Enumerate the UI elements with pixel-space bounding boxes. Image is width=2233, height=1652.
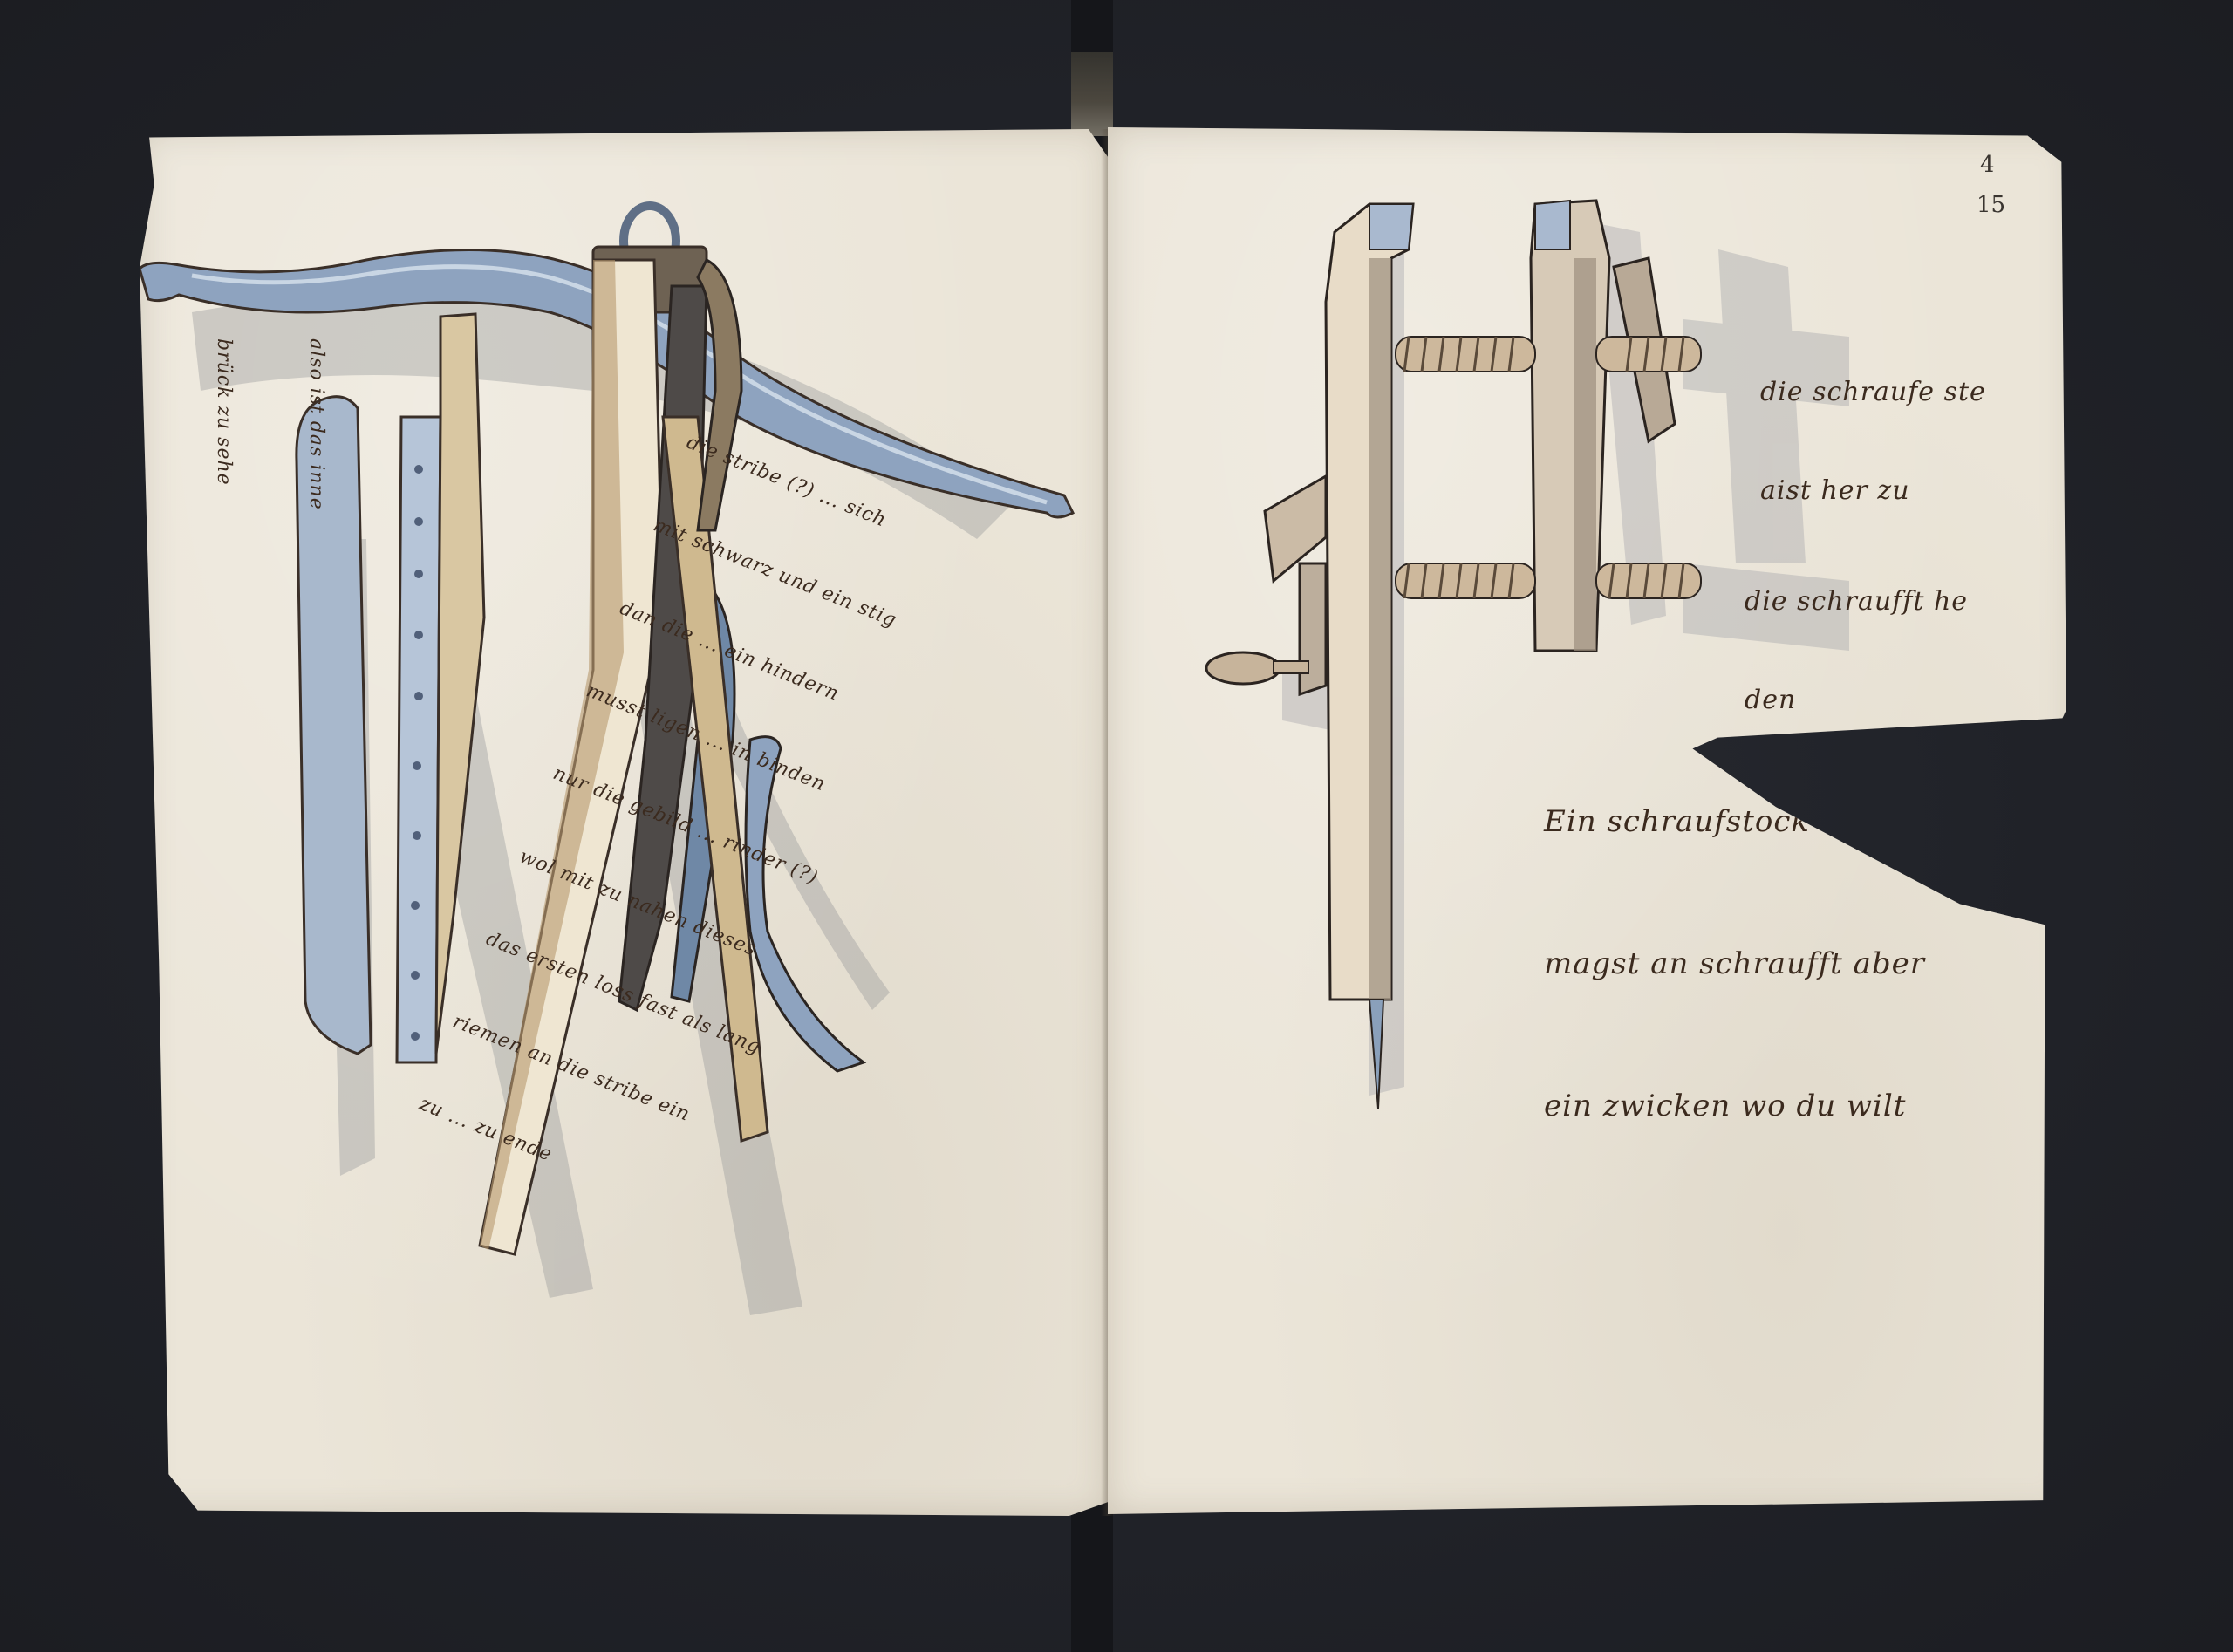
spine-headband [1071,52,1113,136]
caption-line: magst an schraufft aber [1544,940,1925,987]
caption-line: die schraufe ste [1760,376,1986,409]
folio-number-new: 15 [1977,192,2005,218]
left-page: also ist das inne brück zu sehe die stri… [140,129,1108,1516]
folio-number-old: 4 [1980,152,1995,178]
note-line: brück zu sehe [208,338,239,510]
caption-line: die schraufft he [1745,585,1968,618]
caption-line: aist her zu [1760,474,1986,508]
note-line: also ist das inne [300,338,331,510]
caption-line: ein zwicken wo du wilt [1544,1082,1925,1130]
vertical-margin-note: also ist das inne brück zu sehe [147,338,393,510]
